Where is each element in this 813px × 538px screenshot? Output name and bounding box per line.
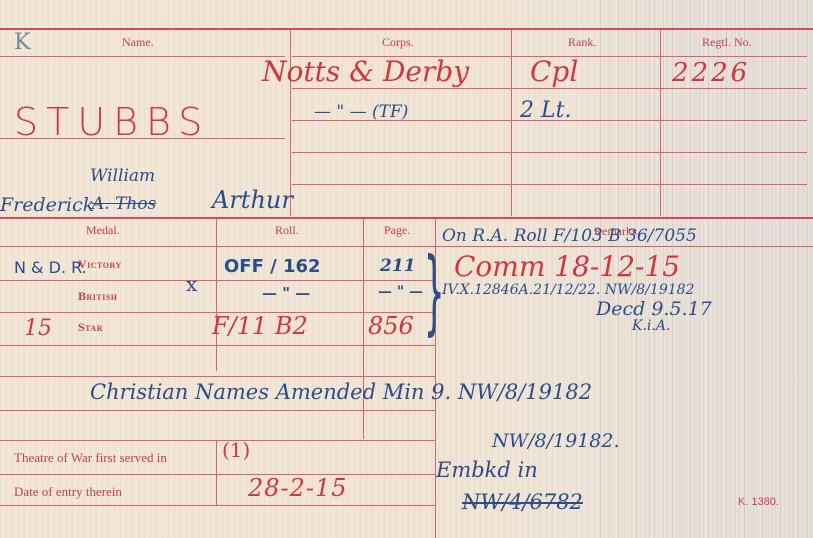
remarks-line-4: Decd 9.5.17 [596, 298, 712, 320]
col-rule-roll [216, 219, 217, 371]
remarks-line-3: IV.X.12846A.21/12/22. NW/8/19182 [442, 282, 694, 298]
medal-row-rule-3 [0, 345, 435, 346]
star-prefix: 15 [24, 316, 52, 341]
date-entry-value: 28-2-15 [248, 474, 348, 502]
medal-header-rule [0, 246, 813, 247]
unit-note: N & D. R. [14, 258, 87, 277]
theatre-mid-rule [0, 474, 435, 475]
name-header: Name. [122, 35, 154, 50]
roll-header: Roll. [275, 223, 299, 238]
row-rule-5 [292, 184, 807, 185]
col-rule-regtl [660, 30, 661, 216]
theatre-bottom-rule [0, 505, 435, 506]
medal-row-rule-1 [0, 280, 435, 281]
page-victory: 211 [380, 256, 416, 276]
corps-2: — " — (TF) [314, 102, 408, 122]
row-rule-4 [292, 152, 807, 153]
medal-british-label: British [78, 289, 118, 304]
theatre-top-rule [0, 440, 435, 441]
regtl-no-1: 2226 [672, 58, 750, 88]
embark-label: Embkd in [436, 458, 538, 482]
corps-header: Corps. [382, 35, 414, 50]
page-star: 856 [368, 312, 414, 340]
col-rule-page [363, 219, 364, 439]
rank-header: Rank. [568, 35, 596, 50]
name-header-rule [0, 56, 285, 57]
form-number: K. 1380. [738, 496, 779, 508]
row-rule-2 [292, 88, 807, 89]
surname: STUBBS [14, 100, 210, 144]
medal-row-rule-4 [0, 376, 435, 377]
page-header: Page. [384, 223, 410, 238]
forename-last: Arthur [212, 186, 293, 214]
embark-ref: NW/8/19182. [492, 430, 620, 452]
page-british: — " — [378, 284, 423, 300]
forename-first: Frederick [0, 194, 94, 216]
date-entry-label: Date of entry therein [14, 484, 122, 500]
pencil-mark: K [14, 30, 30, 55]
roll-victory: OFF / 162 [224, 256, 321, 277]
roll-british: — " — [262, 284, 310, 302]
col-rule-rank [511, 30, 512, 216]
forename-inserted: William [90, 166, 155, 186]
medal-header: Medal. [86, 223, 120, 238]
pencil-cross: x [186, 272, 197, 296]
roll-star: F/11 B2 [212, 312, 308, 340]
top-rule [0, 28, 813, 30]
medal-row-rule-5 [0, 410, 435, 411]
remarks-line-2: Comm 18-12-15 [454, 250, 680, 283]
medal-star-label: Star [78, 320, 103, 335]
middle-rule [0, 217, 813, 219]
amendment-note: Christian Names Amended Min 9. NW/8/1918… [90, 380, 592, 404]
forename-struck: A. Thos [92, 194, 156, 214]
theatre-value: (1) [222, 438, 250, 462]
remarks-line-1: On R.A. Roll F/103 B 36/7055 [442, 226, 697, 246]
embark-struck-ref: NW/4/6782 [462, 490, 583, 514]
medal-index-card: Name. Corps. Rank. Regtl. No. Medal. Rol… [0, 0, 813, 538]
rank-1: Cpl [530, 55, 578, 88]
regtl-no-header: Regtl. No. [702, 35, 752, 50]
remarks-line-5: K.i.A. [632, 318, 670, 334]
rank-2: 2 Lt. [520, 98, 571, 123]
theatre-label: Theatre of War first served in [14, 450, 167, 466]
col-rule-theatre-value [216, 440, 217, 506]
corps-1: Notts & Derby [262, 55, 469, 88]
